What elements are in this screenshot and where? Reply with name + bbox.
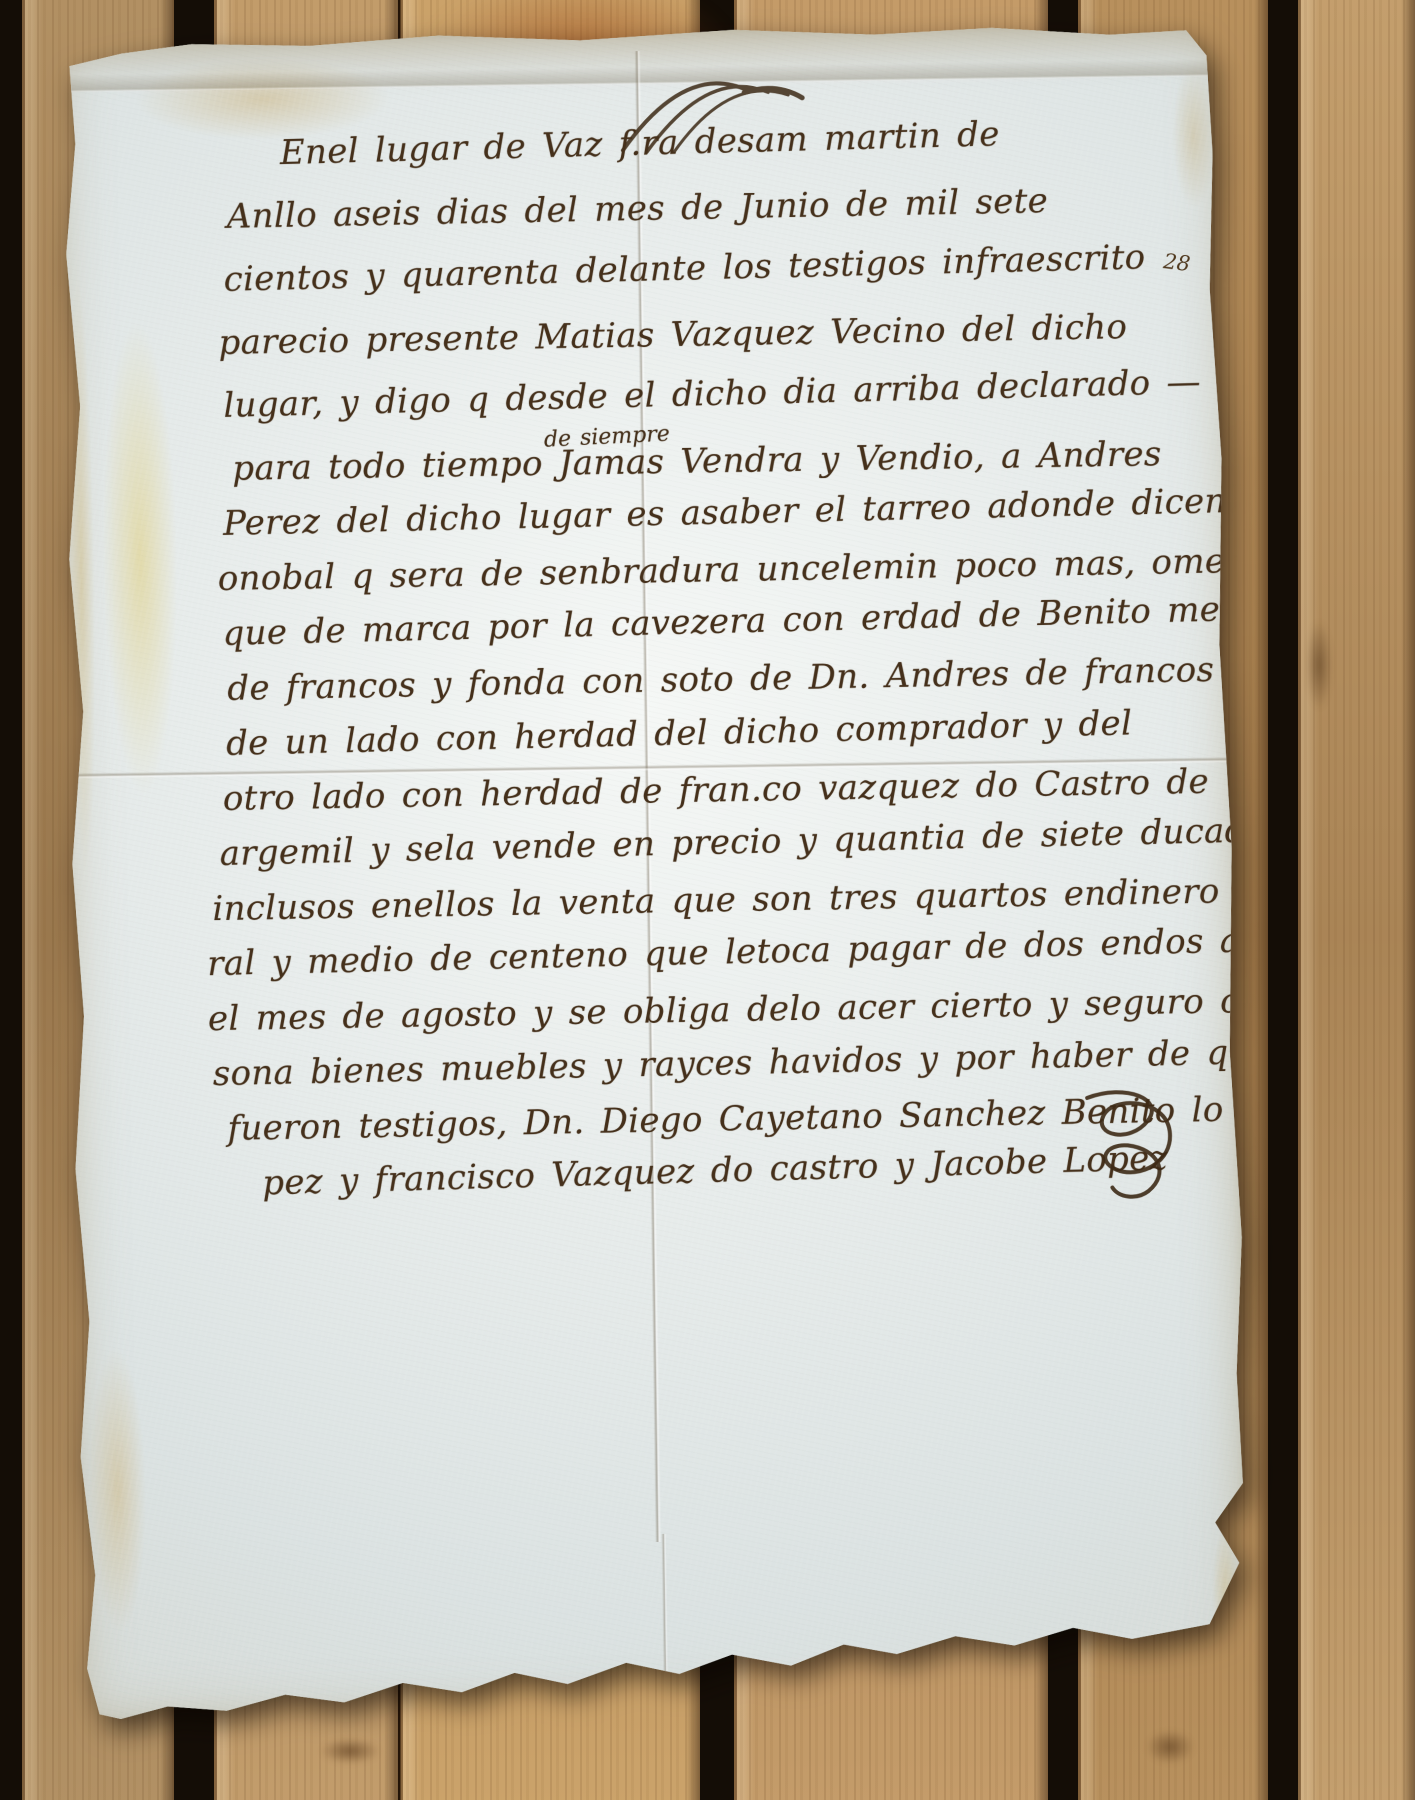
manuscript-line: Enel lugar de Vaz f.ra desam martin de [279, 101, 1227, 181]
wood-knot [1306, 620, 1332, 710]
manuscript-sheet: Enel lugar de Vaz f.ra desam martin de A… [50, 18, 1251, 1728]
manuscript-text-block: Enel lugar de Vaz f.ra desam martin de A… [222, 113, 1242, 1212]
marginal-folio-mark: 28 [1162, 249, 1192, 276]
wood-plank [1298, 0, 1415, 1800]
wood-knot [1146, 1730, 1194, 1764]
manuscript-sheet-wrapper: Enel lugar de Vaz f.ra desam martin de A… [50, 18, 1251, 1728]
wood-knot [320, 1738, 380, 1764]
interlinear-insertion: de siempre [543, 424, 670, 452]
vertical-fold-crease-lower [661, 1534, 669, 1720]
